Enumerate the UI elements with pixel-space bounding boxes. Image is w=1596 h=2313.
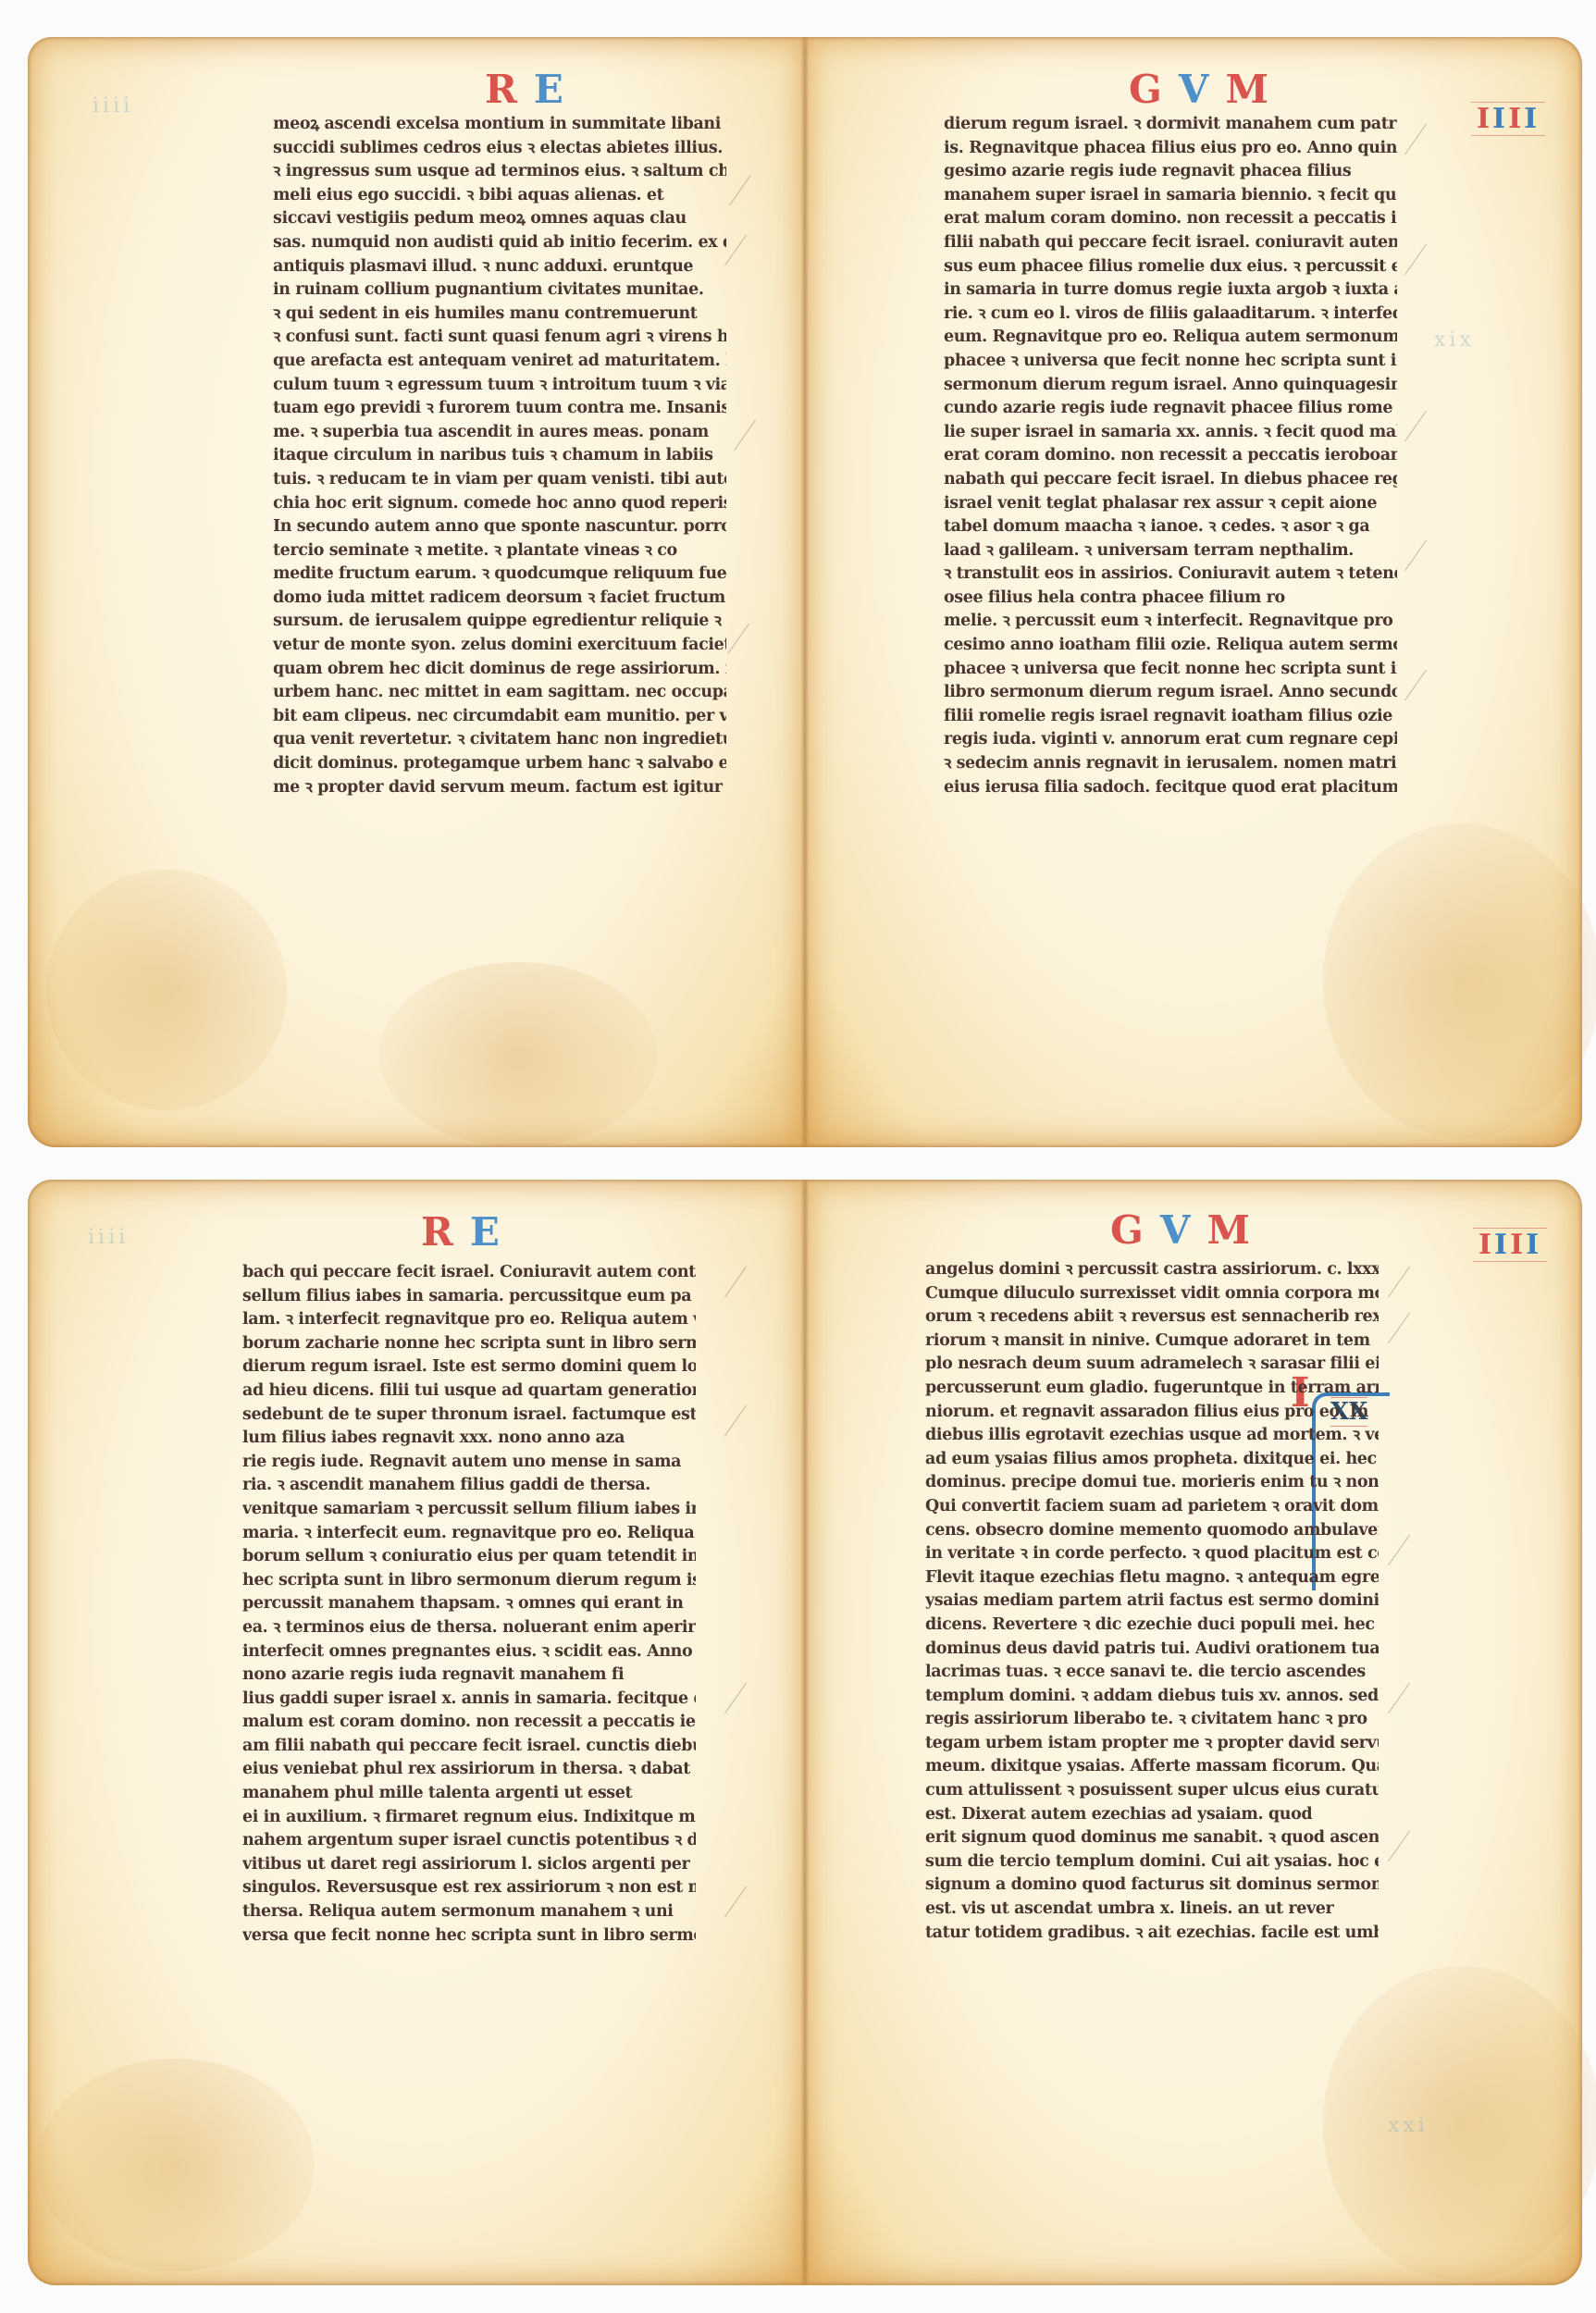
text-line: rie. ꝛ cum eo l. viros de filiis galaadi… [944, 303, 1397, 327]
text-line: israel venit teglat phalasar rex assur ꝛ… [944, 492, 1397, 516]
text-line: cesimo anno ioatham filii ozie. Reliqua … [944, 634, 1397, 658]
text-line: bit eam clipeus. nec circumdabit eam mun… [273, 705, 726, 729]
faint-folio-mark: iiii [93, 94, 133, 118]
leaf-verso-top: iiii RE meoꝝ ascendi excelsa montium in … [28, 37, 805, 1147]
text-line: plo nesrach deum suum adramelech ꝛ saras… [925, 1353, 1379, 1377]
text-line: diebus illis egrotavit ezechias usque ad… [925, 1424, 1379, 1448]
text-line: eius ierusa filia sadoch. fecitque quod … [944, 776, 1397, 800]
text-line: siccavi vestigiis pedum meoꝝ omnes aquas… [273, 207, 726, 231]
text-line: meum. dixitque ysaias. Afferte massam fi… [925, 1755, 1379, 1779]
marginal-stroke [1404, 540, 1427, 571]
folio-number: IIII [1471, 102, 1545, 136]
running-head-re: RE [485, 67, 580, 112]
text-line: percussit manahem thapsam. ꝛ omnes qui e… [242, 1592, 696, 1616]
marginal-stroke [1404, 244, 1427, 275]
text-line: dicens. Revertere ꝛ dic ezechie duci pop… [925, 1614, 1379, 1638]
text-line: Cumque diluculo surrexisset vidit omnia … [925, 1282, 1379, 1306]
text-line: erat malum coram domino. non recessit a … [944, 207, 1397, 231]
marginal-stroke [724, 1267, 747, 1297]
text-line: erit signum quod dominus me sanabit. ꝛ q… [925, 1826, 1379, 1850]
marginal-stroke [1388, 1267, 1410, 1297]
text-line: thersa. Reliqua autem sermonum manahem ꝛ… [242, 1900, 696, 1924]
foxing-stain [1323, 1966, 1596, 2281]
text-column: dierum regum israel. ꝛ dormivit manahem … [944, 113, 1397, 799]
text-line: tuis. ꝛ reducam te in viam per quam veni… [273, 468, 726, 492]
marginal-stroke [1404, 411, 1427, 441]
text-line: maria. ꝛ interfecit eum. regnavitque pro… [242, 1522, 696, 1546]
marginal-stroke [724, 1886, 747, 1917]
text-line: ꝛ ingressus sum usque ad terminos eius. … [273, 160, 726, 184]
text-line: tercio seminate ꝛ metite. ꝛ plantate vin… [273, 539, 726, 563]
text-line: urbem hanc. nec mittet in eam sagittam. … [273, 681, 726, 705]
text-line: libro sermonum dierum regum israel. Anno… [944, 681, 1397, 705]
foxing-stain [37, 2059, 315, 2271]
running-head-gvm: GVM [1110, 1207, 1267, 1253]
text-line: ad hieu dicens. filii tui usque ad quart… [242, 1379, 696, 1404]
text-line: lum filius iabes regnavit xxx. nono anno… [242, 1427, 696, 1451]
text-line: Qui convertit faciem suam ad parietem ꝛ … [925, 1495, 1379, 1519]
text-line: que arefacta est antequam veniret ad mat… [273, 350, 726, 374]
text-line: cens. obsecro domine memento quomodo amb… [925, 1519, 1379, 1543]
text-line: ꝛ qui sedent in eis humiles manu contrem… [273, 303, 726, 327]
marginal-stroke [727, 624, 749, 654]
text-line: in samaria in turre domus regie iuxta ar… [944, 278, 1397, 303]
manuscript-bifolium-bottom: iiii RE bach qui peccare fecit israel. C… [28, 1180, 1582, 2285]
text-line: signum a domino quod facturus sit dominu… [925, 1874, 1379, 1898]
faint-chapter-mark: xix [1434, 328, 1475, 352]
text-line: ysaias mediam partem atrii factus est se… [925, 1589, 1379, 1614]
text-line: lie super israel in samaria xx. annis. ꝛ… [944, 421, 1397, 445]
text-line: singulos. Reversusque est rex assiriorum… [242, 1876, 696, 1900]
text-line: eius veniebat phul rex assiriorum in the… [242, 1758, 696, 1782]
text-line: meoꝝ ascendi excelsa montium in summitat… [273, 113, 726, 137]
text-line: in ruinam collium pugnantium civitates m… [273, 278, 726, 303]
text-line: medite fructum earum. ꝛ quodcumque reliq… [273, 563, 726, 587]
text-line: qua venit revertetur. ꝛ civitatem hanc n… [273, 728, 726, 752]
text-line: niorum. et regnavit assaradon filius eiu… [925, 1401, 1379, 1425]
text-column: bach qui peccare fecit israel. Coniuravi… [242, 1261, 696, 1948]
marginal-stroke [1404, 670, 1427, 700]
marginal-stroke [1388, 1831, 1410, 1862]
text-line: nabath qui peccare fecit israel. In dieb… [944, 468, 1397, 492]
text-line: borum sellum ꝛ coniuratio eius per quam … [242, 1545, 696, 1569]
text-line: filii nabath qui peccare fecit israel. c… [944, 231, 1397, 255]
text-line: dicit dominus. protegamque urbem hanc ꝛ … [273, 752, 726, 776]
text-line: orum ꝛ recedens abiit ꝛ reversus est sen… [925, 1305, 1379, 1330]
text-line: eum. Regnavitque pro eo. Reliqua autem s… [944, 326, 1397, 350]
text-line: Flevit itaque ezechias fletu magno. ꝛ an… [925, 1566, 1379, 1590]
marginal-stroke [724, 235, 747, 266]
text-line: am filii nabath qui peccare fecit israel… [242, 1735, 696, 1759]
text-line: In secundo autem anno que sponte nascunt… [273, 515, 726, 539]
text-line: quam obrem hec dicit dominus de rege ass… [273, 658, 726, 682]
text-line: dominus deus david patris tui. Audivi or… [925, 1638, 1379, 1662]
text-line: cundo azarie regis iude regnavit phacee … [944, 397, 1397, 421]
faint-folio-mark: iiii [88, 1226, 129, 1249]
text-line: est. vis ut ascendat umbra x. lineis. an… [925, 1898, 1379, 1922]
folio-number: IIII [1473, 1228, 1547, 1262]
text-line: venitque samariam ꝛ percussit sellum fil… [242, 1498, 696, 1522]
marginal-stroke [724, 1405, 747, 1436]
text-line: succidi sublimes cedros eius ꝛ electas a… [273, 137, 726, 161]
text-line: vetur de monte syon. zelus domini exerci… [273, 634, 726, 658]
leaf-recto-bottom: GVM IIII XX I xxi angelus domini ꝛ percu… [805, 1180, 1582, 2285]
text-line: lam. ꝛ interfecit regnavitque pro eo. Re… [242, 1308, 696, 1332]
text-line: filii romelie regis israel regnavit ioat… [944, 705, 1397, 729]
foxing-stain [379, 962, 657, 1147]
text-line: rie regis iude. Regnavit autem uno mense… [242, 1451, 696, 1475]
marginal-stroke [734, 420, 756, 451]
text-line: cum attulissent ꝛ posuissent super ulcus… [925, 1779, 1379, 1803]
text-line: templum domini. ꝛ addam diebus tuis xv. … [925, 1685, 1379, 1709]
text-line: dierum regum israel. Iste est sermo domi… [242, 1355, 696, 1379]
marginal-stroke [1388, 1683, 1410, 1713]
text-line: me. ꝛ superbia tua ascendit in aures mea… [273, 421, 726, 445]
marginal-stroke [1404, 124, 1427, 155]
text-line: sas. numquid non audisti quid ab initio … [273, 231, 726, 255]
text-line: ei in auxilium. ꝛ firmaret regnum eius. … [242, 1806, 696, 1830]
text-line: phacee ꝛ universa que fecit nonne hec sc… [944, 658, 1397, 682]
text-line: bach qui peccare fecit israel. Coniuravi… [242, 1261, 696, 1285]
text-line: manahem phul mille talenta argenti ut es… [242, 1782, 696, 1806]
text-line: sursum. de ierusalem quippe egredientur … [273, 610, 726, 634]
text-line: laad ꝛ galileam. ꝛ universam terram nept… [944, 539, 1397, 563]
text-line: ad eum ysaias filius amos propheta. dixi… [925, 1448, 1379, 1472]
leaf-recto-top: GVM IIII xix dierum regum israel. ꝛ dorm… [805, 37, 1582, 1147]
text-line: lacrimas tuas. ꝛ ecce sanavi te. die ter… [925, 1661, 1379, 1685]
text-column: angelus domini ꝛ percussit castra assiri… [925, 1258, 1379, 1945]
marginal-stroke [1388, 1313, 1410, 1343]
text-column: meoꝝ ascendi excelsa montium in summitat… [273, 113, 726, 799]
text-line: phacee ꝛ universa que fecit nonne hec sc… [944, 350, 1397, 374]
text-line: ria. ꝛ ascendit manahem filius gaddi de … [242, 1474, 696, 1498]
text-line: domo iuda mittet radicem deorsum ꝛ facie… [273, 587, 726, 611]
text-line: itaque circulum in naribus tuis ꝛ chamum… [273, 444, 726, 468]
text-line: sum die tercio templum domini. Cui ait y… [925, 1850, 1379, 1874]
text-line: regis assiriorum liberabo te. ꝛ civitate… [925, 1708, 1379, 1732]
text-line: ꝛ sedecim annis regnavit in ierusalem. n… [944, 752, 1397, 776]
text-line: ꝛ transtulit eos in assirios. Coniuravit… [944, 563, 1397, 587]
text-line: sellum filius iabes in samaria. percussi… [242, 1285, 696, 1309]
text-line: borum zacharie nonne hec scripta sunt in… [242, 1332, 696, 1356]
gutter-fold [801, 1180, 809, 2285]
text-line: osee filius hela contra phacee filium ro [944, 587, 1397, 611]
marginal-stroke [1388, 1535, 1410, 1565]
marginal-stroke [724, 1683, 747, 1713]
text-line: meli eius ego succidi. ꝛ bibi aquas alie… [273, 184, 726, 208]
text-line: ea. ꝛ terminos eius de thersa. noluerant… [242, 1616, 696, 1640]
text-line: sus eum phacee filius romelie dux eius. … [944, 255, 1397, 279]
text-line: gesimo azarie regis iude regnavit phacea… [944, 160, 1397, 184]
text-line: lius gaddi super israel x. annis in sama… [242, 1688, 696, 1712]
text-line: sermonum dierum regum israel. Anno quinq… [944, 374, 1397, 398]
text-line: me ꝛ propter david servum meum. factum e… [273, 776, 726, 800]
text-line: vitibus ut daret regi assiriorum l. sicl… [242, 1853, 696, 1877]
text-line: antiquis plasmavi illud. ꝛ nunc adduxi. … [273, 255, 726, 279]
text-line: manahem super israel in samaria biennio.… [944, 184, 1397, 208]
text-line: dominus. precipe domui tue. morieris eni… [925, 1471, 1379, 1495]
text-line: nono azarie regis iuda regnavit manahem … [242, 1664, 696, 1688]
text-line: interfecit omnes pregnantes eius. ꝛ scid… [242, 1640, 696, 1664]
text-line: tabel domum maacha ꝛ ianoe. ꝛ cedes. ꝛ a… [944, 515, 1397, 539]
text-line: is. Regnavitque phacea filius eius pro e… [944, 137, 1397, 161]
text-line: chia hoc erit signum. comede hoc anno qu… [273, 492, 726, 516]
text-line: dierum regum israel. ꝛ dormivit manahem … [944, 113, 1397, 137]
text-line: erat coram domino. non recessit a peccat… [944, 444, 1397, 468]
text-line: ꝛ confusi sunt. facti sunt quasi fenum a… [273, 326, 726, 350]
text-line: angelus domini ꝛ percussit castra assiri… [925, 1258, 1379, 1282]
faint-chapter-mark: xxi [1388, 2114, 1429, 2137]
text-line: riorum ꝛ mansit in ninive. Cumque adorar… [925, 1330, 1379, 1354]
text-line: malum est coram domino. non recessit a p… [242, 1711, 696, 1735]
text-line: hec scripta sunt in libro sermonum dieru… [242, 1569, 696, 1593]
running-head-gvm: GVM [1129, 67, 1285, 112]
text-line: sedebunt de te super thronum israel. fac… [242, 1404, 696, 1428]
text-line: in veritate ꝛ in corde perfecto. ꝛ quod … [925, 1542, 1379, 1566]
text-line: melie. ꝛ percussit eum ꝛ interfecit. Reg… [944, 610, 1397, 634]
text-line: tuam ego previdi ꝛ furorem tuum contra m… [273, 397, 726, 421]
text-line: tatur totidem gradibus. ꝛ ait ezechias. … [925, 1922, 1379, 1946]
foxing-stain [1323, 823, 1596, 1138]
gutter-fold [801, 37, 809, 1147]
text-line: percusserunt eum gladio. fugeruntque in … [925, 1377, 1379, 1401]
text-line: regis iuda. viginti v. annorum erat cum … [944, 728, 1397, 752]
text-line: versa que fecit nonne hec scripta sunt i… [242, 1924, 696, 1948]
manuscript-bifolium-top: iiii RE meoꝝ ascendi excelsa montium in … [28, 37, 1582, 1147]
text-line: culum tuum ꝛ egressum tuum ꝛ introitum t… [273, 374, 726, 398]
text-line: nahem argentum super israel cunctis pote… [242, 1829, 696, 1853]
text-line: tegam urbem istam propter me ꝛ propter d… [925, 1732, 1379, 1756]
leaf-verso-bottom: iiii RE bach qui peccare fecit israel. C… [28, 1180, 805, 2285]
text-line: est. Dixerat autem ezechias ad ysaiam. q… [925, 1803, 1379, 1827]
running-head-re: RE [421, 1209, 516, 1255]
foxing-stain [46, 870, 287, 1110]
marginal-stroke [729, 175, 751, 205]
